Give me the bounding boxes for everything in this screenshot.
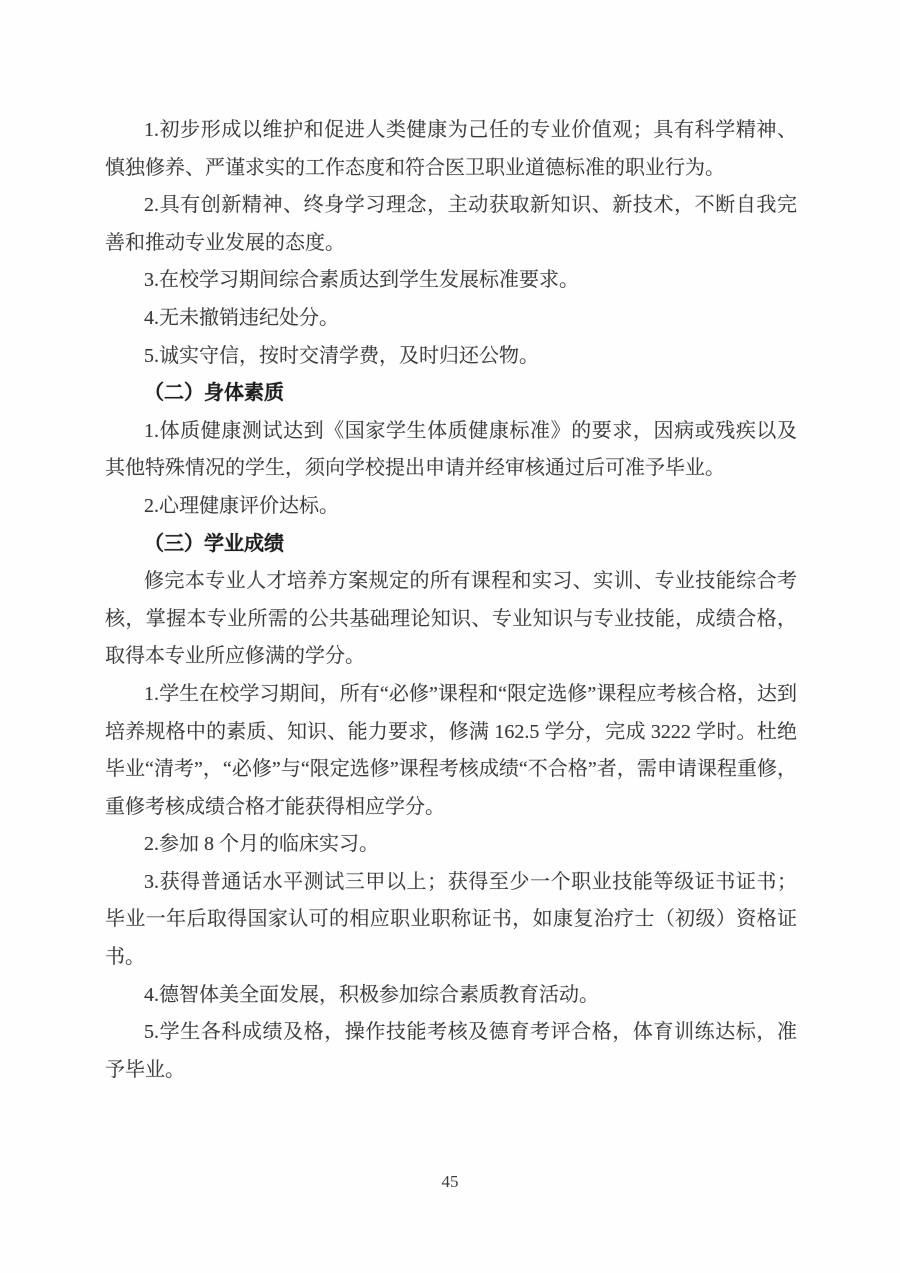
paragraph-all-round-development: 4.德智体美全面发展，积极参加综合素质教育活动。: [105, 977, 797, 1015]
paragraph-professional-values: 1.初步形成以维护和促进人类健康为己任的专业价值观；具有科学精神、慎独修养、严谨…: [105, 112, 797, 187]
paragraph-honesty-tuition: 5.诚实守信，按时交清学费，及时归还公物。: [105, 338, 797, 376]
paragraph-clinical-internship: 2.参加 8 个月的临床实习。: [105, 826, 797, 864]
paragraph-complete-courses: 修完本专业人才培养方案规定的所有课程和实习、实训、专业技能综合考核，掌握本专业所…: [105, 563, 797, 676]
section-heading-academic-performance: （三）学业成绩: [105, 526, 797, 564]
document-body: 1.初步形成以维护和促进人类健康为己任的专业价值观；具有科学精神、慎独修养、严谨…: [105, 112, 797, 1089]
paragraph-no-discipline-record: 4.无未撤销违纪处分。: [105, 300, 797, 338]
paragraph-credits-requirement: 1.学生在校学习期间，所有“必修”课程和“限定选修”课程应考核合格，达到培养规格…: [105, 676, 797, 826]
page-number: 45: [0, 1172, 900, 1192]
paragraph-physical-health-test: 1.体质健康测试达到《国家学生体质健康标准》的要求，因病或残疾以及其他特殊情况的…: [105, 413, 797, 488]
paragraph-comprehensive-quality: 3.在校学习期间综合素质达到学生发展标准要求。: [105, 262, 797, 300]
document-page: 1.初步形成以维护和促进人类健康为己任的专业价值观；具有科学精神、慎独修养、严谨…: [0, 0, 900, 1273]
paragraph-certificates: 3.获得普通话水平测试三甲以上；获得至少一个职业技能等级证书证书；毕业一年后取得…: [105, 864, 797, 977]
paragraph-graduation-criteria: 5.学生各科成绩及格，操作技能考核及德育考评合格，体育训练达标，准予毕业。: [105, 1014, 797, 1089]
section-heading-physical-quality: （二）身体素质: [105, 375, 797, 413]
paragraph-innovation-spirit: 2.具有创新精神、终身学习理念，主动获取新知识、新技术，不断自我完善和推动专业发…: [105, 187, 797, 262]
paragraph-mental-health: 2.心理健康评价达标。: [105, 488, 797, 526]
